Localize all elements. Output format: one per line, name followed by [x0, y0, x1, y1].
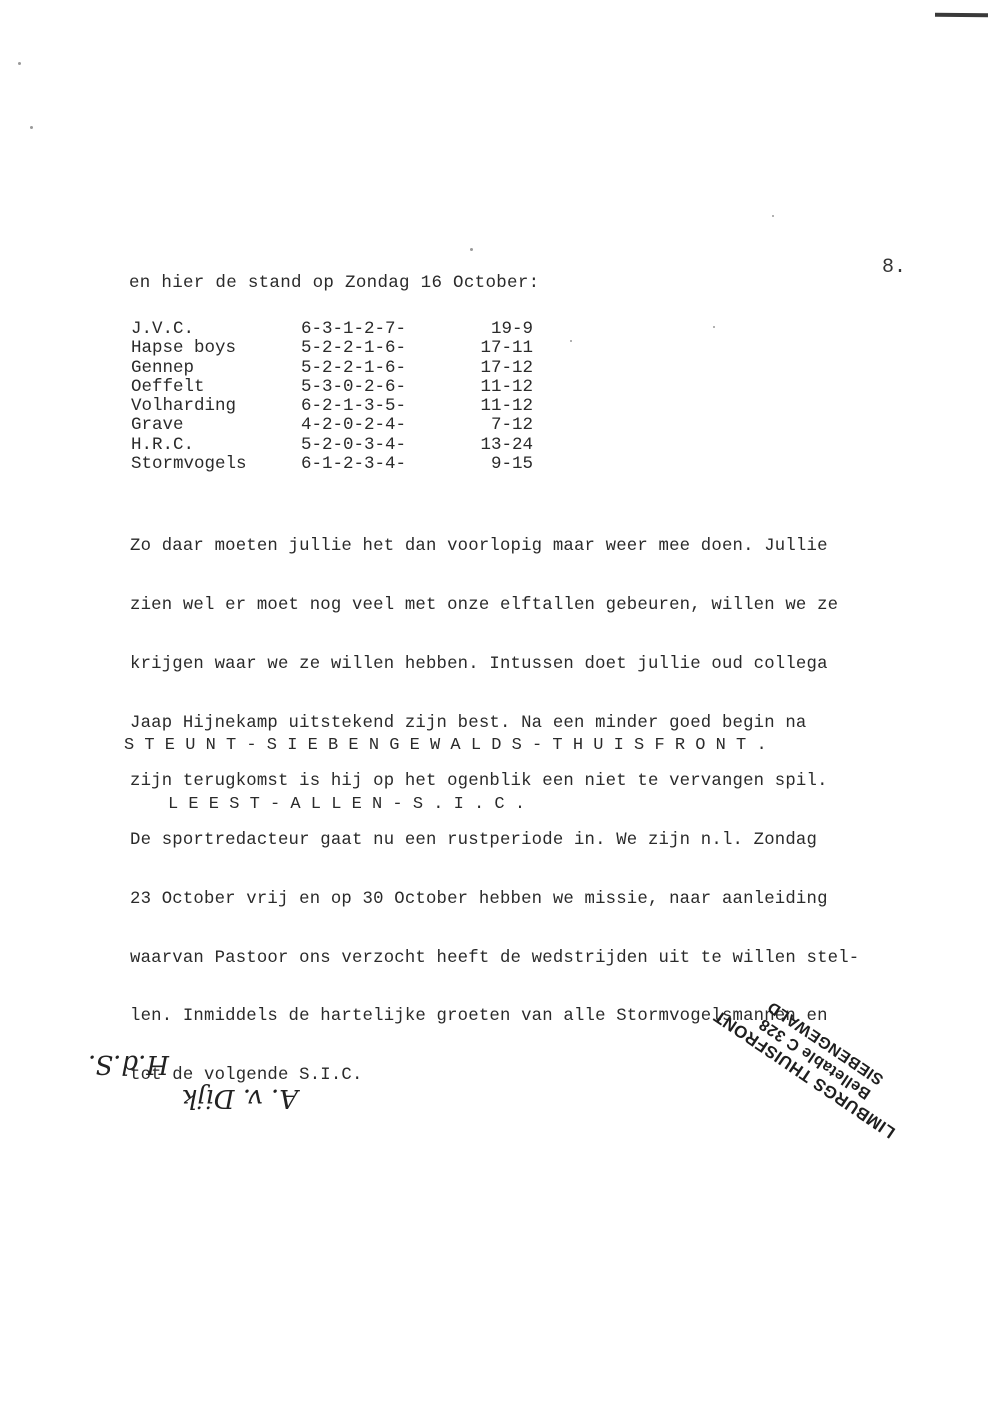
- team-name: Gennep: [131, 359, 301, 378]
- team-goals: 13-24: [473, 436, 533, 455]
- team-record: 6-3-1-2-7-: [301, 320, 473, 339]
- paper-speck: [570, 340, 572, 342]
- paper-speck: [30, 126, 33, 129]
- table-row: Oeffelt 5-3-0-2-6- 11-12: [131, 378, 533, 397]
- table-row: Hapse boys 5-2-2-1-6- 17-11: [131, 339, 533, 358]
- team-goals: 7-12: [473, 416, 533, 435]
- paragraph-line: waarvan Pastoor ons verzocht heeft de we…: [130, 949, 859, 969]
- paragraph-line: Jaap Hijnekamp uitstekend zijn best. Na …: [130, 714, 859, 734]
- team-goals: 11-12: [473, 378, 533, 397]
- team-record: 5-2-2-1-6-: [301, 339, 473, 358]
- table-row: Grave 4-2-0-2-4- 7-12: [131, 416, 533, 435]
- paragraph-line: zien wel er moet nog veel met onze elfta…: [130, 596, 859, 616]
- team-goals: 17-11: [473, 339, 533, 358]
- table-row: Gennep 5-2-2-1-6- 17-12: [131, 359, 533, 378]
- table-row: J.V.C. 6-3-1-2-7- 19-9: [131, 320, 533, 339]
- team-name: Hapse boys: [131, 339, 301, 358]
- team-name: Oeffelt: [131, 378, 301, 397]
- paper-speck: [470, 248, 473, 251]
- team-record: 6-2-1-3-5-: [301, 397, 473, 416]
- team-name: J.V.C.: [131, 320, 301, 339]
- handwritten-signature: A. v. Dijk H.d.S.: [68, 1035, 318, 1115]
- paragraph-line: Zo daar moeten jullie het dan voorlopig …: [130, 537, 859, 557]
- paragraph-line: zijn terugkomst is hij op het ogenblik e…: [130, 772, 859, 792]
- signature-initials: H.d.S.: [68, 1047, 318, 1081]
- team-name: Volharding: [131, 397, 301, 416]
- top-edge-mark: [935, 13, 988, 17]
- paper-speck: [772, 215, 774, 217]
- team-goals: 17-12: [473, 359, 533, 378]
- team-record: 5-3-0-2-6-: [301, 378, 473, 397]
- signature-name: A. v. Dijk: [68, 1081, 318, 1115]
- intro-line: en hier de stand op Zondag 16 October:: [129, 273, 539, 293]
- paragraph-line: De sportredacteur gaat nu een rustperiod…: [130, 831, 859, 851]
- team-name: Stormvogels: [131, 455, 301, 474]
- team-record: 6-1-2-3-4-: [301, 455, 473, 474]
- table-row: Volharding 6-2-1-3-5- 11-12: [131, 397, 533, 416]
- paper-speck: [713, 326, 715, 328]
- paper-speck: [18, 62, 21, 65]
- slogan-thuisfront: STEUNT-SIEBENGEWALDS-THUISFRONT.: [124, 736, 777, 755]
- table-row: H.R.C. 5-2-0-3-4- 13-24: [131, 436, 533, 455]
- team-record: 4-2-0-2-4-: [301, 416, 473, 435]
- team-record: 5-2-2-1-6-: [301, 359, 473, 378]
- team-name: H.R.C.: [131, 436, 301, 455]
- paragraph-line: krijgen waar we ze willen hebben. Intuss…: [130, 655, 859, 675]
- document-page: 8. en hier de stand op Zondag 16 October…: [0, 0, 1000, 1414]
- team-goals: 11-12: [473, 397, 533, 416]
- paragraph-line: 23 October vrij en op 30 October hebben …: [130, 890, 859, 910]
- standings-table: J.V.C. 6-3-1-2-7- 19-9 Hapse boys 5-2-2-…: [131, 320, 533, 474]
- team-goals: 9-15: [473, 455, 533, 474]
- team-name: Grave: [131, 416, 301, 435]
- slogan-leest-allen: LEEST-ALLEN-S.I.C.: [168, 795, 535, 814]
- page-number: 8.: [882, 256, 906, 279]
- table-row: Stormvogels 6-1-2-3-4- 9-15: [131, 455, 533, 474]
- team-record: 5-2-0-3-4-: [301, 436, 473, 455]
- team-goals: 19-9: [473, 320, 533, 339]
